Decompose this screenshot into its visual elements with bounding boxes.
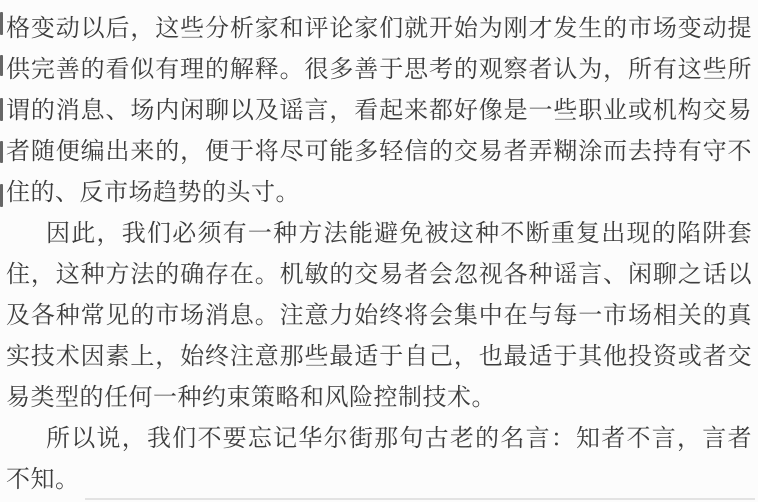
- text-line: 住的、反市场趋势的头寸。: [6, 173, 752, 214]
- text-line: 实技术因素上，始终注意那些最适于自己，也最适于其他投资或者交: [6, 337, 752, 378]
- text-line: 所以说，我们不要忘记华尔街那句古老的名言：知者不言，言者: [6, 419, 752, 460]
- scan-artifact: [85, 498, 755, 500]
- text-line: 因此，我们必须有一种方法能避免被这种不断重复出现的陷阱套: [6, 214, 752, 255]
- text-line: 供完善的看似有理的解释。很多善于思考的观察者认为，所有这些所: [6, 50, 752, 91]
- text-line: 住，这种方法的确存在。机敏的交易者会忽视各种谣言、闲聊之话以: [6, 255, 752, 296]
- text-line: 易类型的任何一种约束策略和风险控制技术。: [6, 378, 752, 419]
- scan-artifact: [0, 12, 3, 35]
- text-line: 谓的消息、场内闲聊以及谣言，看起来都好像是一些职业或机构交易: [6, 91, 752, 132]
- scan-artifact: [0, 141, 3, 163]
- scan-artifact: [0, 184, 3, 207]
- text-line: 者随便编出来的，便于将尽可能多轻信的交易者弄糊涂而去持有守不: [6, 132, 752, 173]
- text-line: 及各种常见的市场消息。注意力始终将会集中在与每一市场相关的真: [6, 296, 752, 337]
- document-page: 格变动以后，这些分析家和评论家们就开始为刚才发生的市场变动提 供完善的看似有理的…: [0, 0, 758, 502]
- text-line: 格变动以后，这些分析家和评论家们就开始为刚才发生的市场变动提: [6, 9, 752, 50]
- scan-artifact: [0, 55, 3, 76]
- text-line: 不知。: [6, 460, 752, 501]
- scan-artifact: [0, 98, 3, 121]
